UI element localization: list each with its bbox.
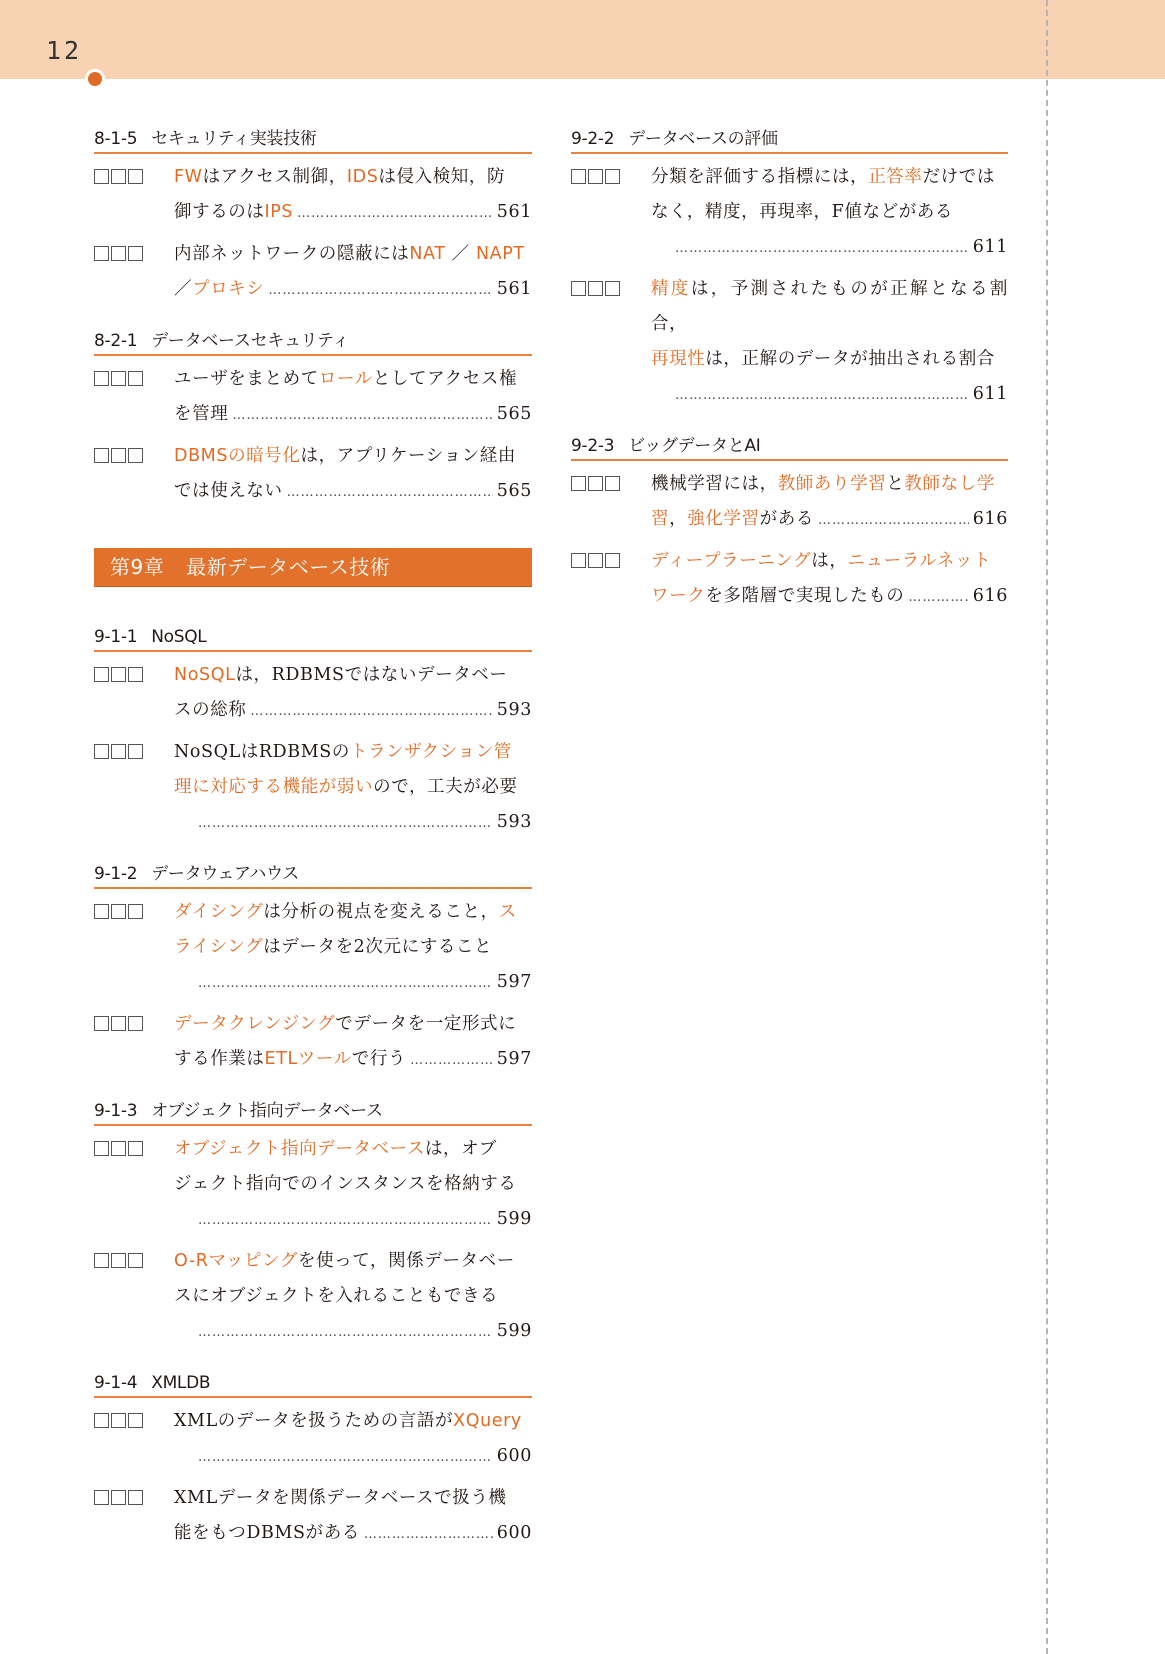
text-segment: は，アプリケーション経由 [301,446,516,466]
checkbox-group [94,1413,143,1428]
page-reference-row: …………………………………………………………………………………………………………… [174,1314,532,1350]
text-segment: 能をもつDBMSがある [174,1523,360,1543]
entry-line: オブジェクト指向データベースは，オブ [174,1132,532,1167]
checkbox-1[interactable] [94,1141,109,1156]
highlight-term: ワーク [651,586,705,606]
section-title: 9-1-3オブジェクト指向データベース [94,1100,532,1126]
entry-text: 内部ネットワークの隠蔽にはNAT ／ NAPT／プロキシ………………………………… [174,237,532,308]
highlight-term: XQuery [453,1411,522,1431]
checkbox-group [94,744,143,759]
checkbox-3[interactable] [128,1141,143,1156]
chapter-banner: 第9章最新データベース技術 [94,548,532,586]
checklist-entry: データクレンジングでデータを一定形式にする作業はETLツールで行う…………………… [94,1007,532,1078]
text-segment: は侵入検知，防 [378,167,505,187]
entry-line: NoSQLは，RDBMSではないデータベー [174,658,532,693]
leader-dots: ………………………………………………………………………………………………………… [675,231,969,266]
checkbox-1[interactable] [571,281,586,296]
checkbox-3[interactable] [605,169,620,184]
section-title: 9-1-2データウェアハウス [94,863,532,889]
page-reference: 600 [497,1439,532,1474]
dashed-cut-line [1046,0,1048,1654]
page-reference-row: 能をもつDBMSがある……………………………………………………………………………… [174,1516,532,1552]
leader-dots: ………………………………………………………………………………………………………… [675,378,969,413]
page-reference: 616 [973,502,1008,537]
checklist-entry: NoSQLはRDBMSのトランザクション管理に対応する機能が弱いので，工夫が必要… [94,735,532,841]
entry-line: ディープラーニングは，ニューラルネット [651,544,1008,579]
section-title: 8-2-1データベースセキュリティ [94,330,532,356]
text-segment: 分類を評価する指標には， [651,167,868,187]
text-segment: ， [669,509,687,529]
text-segment: では使えない [174,481,283,501]
checkbox-3[interactable] [128,667,143,682]
text-segment: は，予測されたものが正解となる割合， [651,279,1008,334]
checkbox-group [94,1141,143,1156]
highlight-term: ス [499,902,517,922]
text-segment: を使って，関係データベー [298,1251,515,1271]
highlight-term: ディープラーニング [651,551,811,571]
checkbox-1[interactable] [94,744,109,759]
leader-dots: ………………………………………………………………………………………………………… [198,966,493,1001]
text-segment: 御するのは [174,202,265,222]
checkbox-group [571,476,620,491]
entry-line: ライシングはデータを2次元にすること [174,930,532,965]
checkbox-group [571,553,620,568]
section-9-2-3: 9-2-3ビッグデータとAI機械学習には，教師あり学習と教師なし学習，強化学習が… [571,435,1008,615]
text-segment: はデータを2次元にすること [263,937,492,957]
page-reference-row: …………………………………………………………………………………………………………… [174,1439,532,1475]
checkbox-1[interactable] [94,246,109,261]
checkbox-1[interactable] [94,1253,109,1268]
section-heading: XMLDB [151,1373,210,1393]
checklist-entry: ダイシングは分析の視点を変えること，スライシングはデータを2次元にすること………… [94,895,532,1001]
checkbox-2[interactable] [111,1253,126,1268]
checkbox-1[interactable] [94,1016,109,1031]
entry-text: NoSQLは，RDBMSではないデータベースの総称………………………………………… [174,658,532,729]
section-number: 9-2-2 [571,129,614,149]
leader-dots: ………………………………………………………………………………………………………… [364,1517,493,1552]
entry-line: XMLのデータを扱うための言語がXQuery [174,1404,532,1439]
checkbox-2[interactable] [111,904,126,919]
page-reference: 616 [973,579,1008,614]
checkbox-group [94,246,143,261]
text-segment: 機械学習には， [651,474,778,494]
entry-line: 内部ネットワークの隠蔽にはNAT ／ NAPT [174,237,532,272]
sections-after-chapter: 9-1-1NoSQLNoSQLは，RDBMSではないデータベースの総称……………… [94,626,532,1552]
section-heading: データベースセキュリティ [151,331,349,351]
checkbox-group [94,904,143,919]
page-reference: 561 [497,195,532,230]
text-segment: ので，工夫が必要 [373,777,517,797]
checkbox-group [94,169,143,184]
page-number: 12 [46,38,82,63]
entry-tail: を管理 [174,397,228,432]
chapter-title: 最新データベース技術 [186,555,390,579]
entry-line: ダイシングは分析の視点を変えること，ス [174,895,532,930]
entry-line: XMLデータを関係データベースで扱う機 [174,1481,532,1516]
section-heading: NoSQL [151,627,206,647]
checklist-entry: FWはアクセス制御，IDSは侵入検知，防御するのはIPS………………………………… [94,160,532,231]
section-number: 9-1-4 [94,1373,137,1393]
text-segment: NoSQLはRDBMSの [174,742,350,762]
page-reference: 561 [497,272,532,307]
checkbox-3[interactable] [128,744,143,759]
entry-text: ユーザをまとめてロールとしてアクセス権を管理………………………………………………… [174,362,532,433]
checkbox-2[interactable] [588,169,603,184]
section-title: 8-1-5セキュリティ実装技術 [94,128,532,154]
page-reference: 565 [497,397,532,432]
entry-line: 理に対応する機能が弱いので，工夫が必要 [174,770,532,805]
checkbox-2[interactable] [111,667,126,682]
entry-line: O-Rマッピングを使って，関係データベー [174,1244,532,1279]
section-number: 9-1-2 [94,864,137,884]
leader-dots: ………………………………………………………………………………………………………… [908,580,968,615]
section-number: 9-1-3 [94,1101,137,1121]
page-reference: 599 [497,1202,532,1237]
highlight-term: データクレンジング [174,1014,335,1034]
checklist-entry: ディープラーニングは，ニューラルネットワークを多階層で実現したもの…………………… [571,544,1008,615]
highlight-term: NoSQL [174,665,235,685]
checkbox-group [94,1490,143,1505]
section-number: 8-1-5 [94,129,137,149]
page-reference: 597 [497,1042,532,1077]
page-reference-row: 習，強化学習がある…………………………………………………………………………………… [651,502,1008,538]
checkbox-2[interactable] [111,169,126,184]
entry-line: ユーザをまとめてロールとしてアクセス権 [174,362,532,397]
checkbox-1[interactable] [571,553,586,568]
checkbox-3[interactable] [128,904,143,919]
checkbox-3[interactable] [128,1413,143,1428]
entry-tail: 御するのはIPS [174,195,293,230]
highlight-term: トランザクション管 [350,742,512,762]
section-heading: ビッグデータとAI [628,436,760,456]
text-segment: 内部ネットワークの隠蔽には [174,244,409,264]
checkbox-1[interactable] [94,1490,109,1505]
entry-tail: スの総称 [174,693,246,728]
checkbox-2[interactable] [588,553,603,568]
checkbox-group [94,1253,143,1268]
entry-line: 分類を評価する指標には，正答率だけでは [651,160,1008,195]
right-column: 9-2-2データベースの評価分類を評価する指標には，正答率だけではなく，精度，再… [571,128,1008,637]
section-9-1-1: 9-1-1NoSQLNoSQLは，RDBMSではないデータベースの総称……………… [94,626,532,841]
entry-line: 再現性は，正解のデータが抽出される割合 [651,342,1008,377]
page-reference: 599 [497,1314,532,1349]
checkbox-1[interactable] [94,169,109,184]
page-reference: 593 [497,693,532,728]
checkbox-group [94,371,143,386]
section-heading: データベースの評価 [628,129,777,149]
leader-dots: ………………………………………………………………………………………………………… [287,475,493,510]
entry-text: NoSQLはRDBMSのトランザクション管理に対応する機能が弱いので，工夫が必要… [174,735,532,841]
chapter-number: 第9章 [110,555,164,579]
checkbox-3[interactable] [605,476,620,491]
page-reference-row: …………………………………………………………………………………………………………… [651,377,1008,413]
page-reference: 593 [497,805,532,840]
text-segment: でデータを一定形式に [335,1014,516,1034]
checkbox-group [94,667,143,682]
page-reference: 611 [973,230,1008,265]
text-segment: は，オブ [425,1139,497,1159]
entry-tail: 能をもつDBMSがある [174,1516,360,1551]
text-segment: なく，精度，再現率，F値などがある [651,202,953,222]
header-dot-decoration [85,69,105,89]
checkbox-3[interactable] [128,371,143,386]
entry-text: DBMSの暗号化は，アプリケーション経由では使えない……………………………………… [174,439,532,510]
highlight-term: NAT [409,244,445,264]
page-reference-row: では使えない…………………………………………………………………………………………… [174,474,532,510]
checkbox-3[interactable] [128,246,143,261]
checkbox-1[interactable] [94,667,109,682]
leader-dots: ………………………………………………………………………………………………………… [297,196,493,231]
checkbox-2[interactable] [111,246,126,261]
text-segment: ／ [446,244,476,264]
checklist-entry: XMLデータを関係データベースで扱う機能をもつDBMSがある…………………………… [94,1481,532,1552]
entry-text: オブジェクト指向データベースは，オブジェクト指向でのインスタンスを格納する………… [174,1132,532,1238]
entry-text: O-Rマッピングを使って，関係データベースにオブジェクトを入れることもできる……… [174,1244,532,1350]
text-segment: ジェクト指向でのインスタンスを格納する [174,1174,517,1194]
leader-dots: ………………………………………………………………………………………………………… [198,806,493,841]
entry-line: NoSQLはRDBMSのトランザクション管 [174,735,532,770]
leader-dots: ………………………………………………………………………………………………………… [818,503,969,538]
checkbox-1[interactable] [94,904,109,919]
text-segment: を管理 [174,404,228,424]
text-segment: はアクセス制御， [203,167,347,187]
checklist-entry: O-Rマッピングを使って，関係データベースにオブジェクトを入れることもできる……… [94,1244,532,1350]
text-segment: は，RDBMSではないデータベー [235,665,507,685]
section-9-1-2: 9-1-2データウェアハウスダイシングは分析の視点を変えること，スライシングはデ… [94,863,532,1078]
page-reference: 611 [973,377,1008,412]
page-reference-row: 御するのはIPS……………………………………………………………………………………… [174,195,532,231]
text-segment: がある [760,509,814,529]
section-8-1-5: 8-1-5セキュリティ実装技術FWはアクセス制御，IDSは侵入検知，防御するのは… [94,128,532,308]
highlight-term: 教師あり学習 [778,474,887,494]
leader-dots: ………………………………………………………………………………………………………… [198,1315,493,1350]
page-reference: 600 [497,1516,532,1551]
section-heading: セキュリティ実装技術 [151,129,316,149]
page-reference: 565 [497,474,532,509]
checkbox-1[interactable] [571,169,586,184]
text-segment: を多階層で実現したもの [705,586,904,606]
entry-line: スにオブジェクトを入れることもできる [174,1279,532,1314]
page-reference: 597 [497,965,532,1000]
entry-line: 精度は，予測されたものが正解となる割合， [651,272,1008,342]
page-reference-row: ワークを多階層で実現したもの……………………………………………………………………… [651,579,1008,615]
text-segment: で行う [352,1049,406,1069]
page-reference-row: を管理…………………………………………………………………………………………………… [174,397,532,433]
entry-line: FWはアクセス制御，IDSは侵入検知，防 [174,160,532,195]
leader-dots: ………………………………………………………………………………………………………… [198,1203,493,1238]
header-band [0,0,1165,79]
checklist-entry: 内部ネットワークの隠蔽にはNAT ／ NAPT／プロキシ………………………………… [94,237,532,308]
text-segment: としてアクセス権 [373,369,517,389]
text-segment: は分析の視点を変えること， [263,902,498,922]
highlight-term: IDS [347,167,379,187]
entry-tail: 習，強化学習がある [651,502,814,537]
highlight-term: 理に対応する機能が弱い [174,777,373,797]
checkbox-group [94,1016,143,1031]
text-segment: は， [811,551,847,571]
entry-text: データクレンジングでデータを一定形式にする作業はETLツールで行う…………………… [174,1007,532,1078]
entry-line: DBMSの暗号化は，アプリケーション経由 [174,439,532,474]
page-reference-row: ／プロキシ……………………………………………………………………………………………… [174,272,532,308]
checkbox-group [571,169,620,184]
page-reference-row: スの総称………………………………………………………………………………………………… [174,693,532,729]
section-heading: オブジェクト指向データベース [151,1101,382,1121]
text-segment: スにオブジェクトを入れることもできる [174,1286,498,1306]
checkbox-3[interactable] [128,1016,143,1031]
highlight-term: NAPT [476,244,525,264]
entry-text: XMLデータを関係データベースで扱う機能をもつDBMSがある…………………………… [174,1481,532,1552]
checklist-entry: 精度は，予測されたものが正解となる割合，再現性は，正解のデータが抽出される割合…… [571,272,1008,413]
section-9-2-2: 9-2-2データベースの評価分類を評価する指標には，正答率だけではなく，精度，再… [571,128,1008,413]
checkbox-2[interactable] [111,1141,126,1156]
text-segment: だけでは [923,167,995,187]
section-9-1-3: 9-1-3オブジェクト指向データベースオブジェクト指向データベースは，オブジェク… [94,1100,532,1350]
entry-text: 精度は，予測されたものが正解となる割合，再現性は，正解のデータが抽出される割合…… [651,272,1008,413]
leader-dots: ………………………………………………………………………………………………………… [232,398,492,433]
entry-tail: する作業はETLツールで行う [174,1042,406,1077]
highlight-term: 習 [651,509,669,529]
entry-tail: では使えない [174,474,283,509]
leader-dots: ………………………………………………………………………………………………………… [268,273,492,308]
right-sections: 9-2-2データベースの評価分類を評価する指標には，正答率だけではなく，精度，再… [571,128,1008,615]
entry-tail: ワークを多階層で実現したもの [651,579,904,614]
section-heading: データウェアハウス [151,864,299,884]
highlight-term: 正答率 [868,167,922,187]
highlight-term: 教師なし学 [904,474,995,494]
entry-line: なく，精度，再現率，F値などがある [651,195,1008,230]
page-reference-row: …………………………………………………………………………………………………………… [174,1202,532,1238]
leader-dots: ………………………………………………………………………………………………………… [250,694,492,729]
checklist-entry: 分類を評価する指標には，正答率だけではなく，精度，再現率，F値などがある…………… [571,160,1008,266]
highlight-term: プロキシ [192,279,264,299]
highlight-term: 精度 [651,279,691,299]
section-number: 9-2-3 [571,436,614,456]
highlight-term: オブジェクト指向データベース [174,1139,425,1159]
entry-line: データクレンジングでデータを一定形式に [174,1007,532,1042]
text-segment: ユーザをまとめて [174,369,319,389]
entry-text: ディープラーニングは，ニューラルネットワークを多階層で実現したもの…………………… [651,544,1008,615]
entry-text: XMLのデータを扱うための言語がXQuery………………………………………………… [174,1404,532,1475]
checkbox-3[interactable] [605,553,620,568]
section-9-1-4: 9-1-4XMLDBXMLのデータを扱うための言語がXQuery……………………… [94,1372,532,1552]
section-number: 8-2-1 [94,331,137,351]
page-reference-row: …………………………………………………………………………………………………………… [174,965,532,1001]
checkbox-1[interactable] [571,476,586,491]
checklist-entry: オブジェクト指向データベースは，オブジェクト指向でのインスタンスを格納する………… [94,1132,532,1238]
highlight-term: ロール [319,369,373,389]
section-8-2-1: 8-2-1データベースセキュリティユーザをまとめてロールとしてアクセス権を管理…… [94,330,532,510]
checkbox-2[interactable] [111,371,126,386]
checklist-entry: ユーザをまとめてロールとしてアクセス権を管理………………………………………………… [94,362,532,433]
highlight-term: ライシング [174,937,263,957]
entry-tail: ／プロキシ [174,272,264,307]
text-segment: XMLデータを関係データベースで扱う機 [174,1488,507,1508]
section-number: 9-1-1 [94,627,137,647]
page-reference-row: する作業はETLツールで行う……………………………………………………………………… [174,1042,532,1078]
entry-text: 機械学習には，教師あり学習と教師なし学習，強化学習がある………………………………… [651,467,1008,538]
text-segment: XMLのデータを扱うための言語が [174,1411,453,1431]
highlight-term: ニューラルネット [847,551,991,571]
entry-text: ダイシングは分析の視点を変えること，スライシングはデータを2次元にすること………… [174,895,532,1001]
text-segment: と [886,474,904,494]
page-reference-row: …………………………………………………………………………………………………………… [174,805,532,841]
entry-text: FWはアクセス制御，IDSは侵入検知，防御するのはIPS………………………………… [174,160,532,231]
leader-dots: ………………………………………………………………………………………………………… [198,1440,493,1475]
entry-text: 分類を評価する指標には，正答率だけではなく，精度，再現率，F値などがある…………… [651,160,1008,266]
checkbox-group [94,448,143,463]
section-title: 9-2-2データベースの評価 [571,128,1008,154]
highlight-term: ダイシング [174,902,263,922]
checklist-entry: NoSQLは，RDBMSではないデータベースの総称………………………………………… [94,658,532,729]
checkbox-2[interactable] [588,281,603,296]
section-title: 9-1-4XMLDB [94,1372,532,1398]
checkbox-2[interactable] [111,448,126,463]
checkbox-2[interactable] [588,476,603,491]
checkbox-1[interactable] [94,448,109,463]
section-title: 9-2-3ビッグデータとAI [571,435,1008,461]
checkbox-3[interactable] [128,169,143,184]
leader-dots: ………………………………………………………………………………………………………… [410,1043,493,1078]
checkbox-1[interactable] [94,1413,109,1428]
highlight-term: ETLツール [265,1049,352,1069]
highlight-term: DBMSの暗号化 [174,446,301,466]
section-title: 9-1-1NoSQL [94,626,532,652]
checkbox-2[interactable] [111,744,126,759]
highlight-term: 再現性 [651,349,705,369]
sections-before-chapter: 8-1-5セキュリティ実装技術FWはアクセス制御，IDSは侵入検知，防御するのは… [94,128,532,510]
text-segment: する作業は [174,1049,265,1069]
highlight-term: O-Rマッピング [174,1251,298,1271]
checkbox-2[interactable] [111,1413,126,1428]
checkbox-2[interactable] [111,1016,126,1031]
left-column: 8-1-5セキュリティ実装技術FWはアクセス制御，IDSは侵入検知，防御するのは… [94,128,532,1574]
text-segment: は，正解のデータが抽出される割合 [705,349,995,369]
page-reference-row: …………………………………………………………………………………………………………… [651,230,1008,266]
highlight-term: FW [174,167,203,187]
checkbox-3[interactable] [128,448,143,463]
checkbox-group [571,281,620,296]
entry-line: ジェクト指向でのインスタンスを格納する [174,1167,532,1202]
checklist-entry: DBMSの暗号化は，アプリケーション経由では使えない……………………………………… [94,439,532,510]
checkbox-1[interactable] [94,371,109,386]
checklist-entry: XMLのデータを扱うための言語がXQuery………………………………………………… [94,1404,532,1475]
checkbox-3[interactable] [605,281,620,296]
highlight-term: IPS [265,202,294,222]
entry-line: 機械学習には，教師あり学習と教師なし学 [651,467,1008,502]
highlight-term: 強化学習 [687,509,759,529]
checkbox-2[interactable] [111,1490,126,1505]
checkbox-3[interactable] [128,1490,143,1505]
text-segment: ／ [174,279,192,299]
checkbox-3[interactable] [128,1253,143,1268]
checklist-entry: 機械学習には，教師あり学習と教師なし学習，強化学習がある………………………………… [571,467,1008,538]
text-segment: スの総称 [174,700,246,720]
